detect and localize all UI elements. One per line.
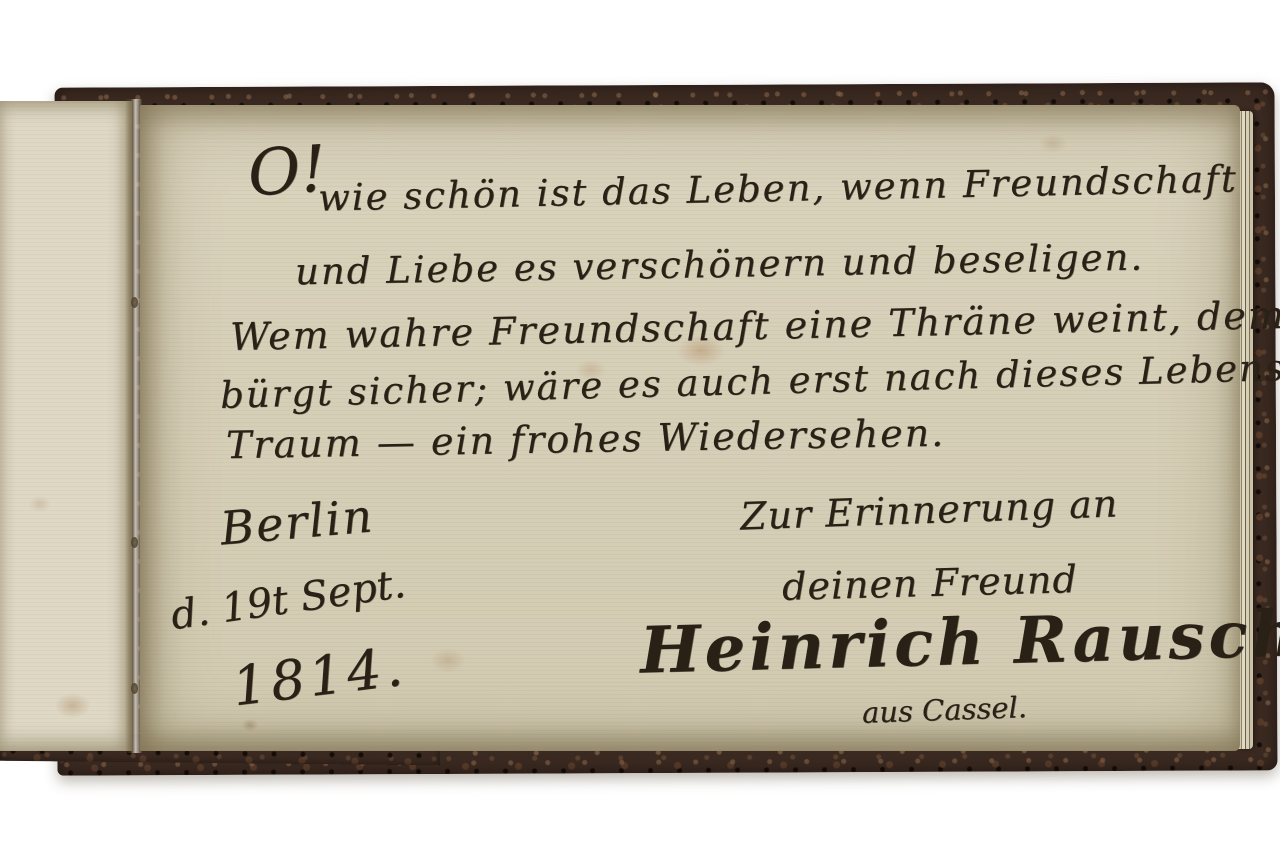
signature-name: Heinrich Rausch bbox=[639, 596, 1280, 688]
verse-line-1: wie schön ist das Leben, wenn Freundscha… bbox=[318, 157, 1238, 219]
binding-stitch bbox=[131, 297, 138, 308]
manuscript-page: O! wie schön ist das Leben, wenn Freunds… bbox=[140, 105, 1240, 751]
verse-initial-o: O! bbox=[246, 132, 329, 211]
dateline-year: 1814. bbox=[229, 635, 410, 719]
left-facing-page bbox=[0, 101, 132, 751]
dedication-line-1: Zur Erinnerung an bbox=[739, 481, 1119, 538]
verse-line-5: Traum — ein frohes Wiedersehen. bbox=[226, 411, 946, 468]
verse-line-4: bürgt sicher; wäre es auch erst nach die… bbox=[220, 346, 1280, 417]
verse-line-2: und Liebe es verschönern und beseligen. bbox=[295, 236, 1145, 294]
signature-origin: aus Cassel. bbox=[861, 690, 1027, 730]
dateline-place: Berlin bbox=[218, 488, 376, 555]
binding-stitch bbox=[131, 683, 138, 694]
verse-line-3: Wem wahre Freundschaft eine Thräne weint… bbox=[230, 293, 1280, 359]
binding-stitch bbox=[131, 537, 138, 548]
dateline-date: d. 19t Sept. bbox=[168, 561, 408, 639]
dedication-line-2: deinen Freund bbox=[781, 557, 1078, 609]
album-book: O! wie schön ist das Leben, wenn Freunds… bbox=[0, 85, 1280, 785]
